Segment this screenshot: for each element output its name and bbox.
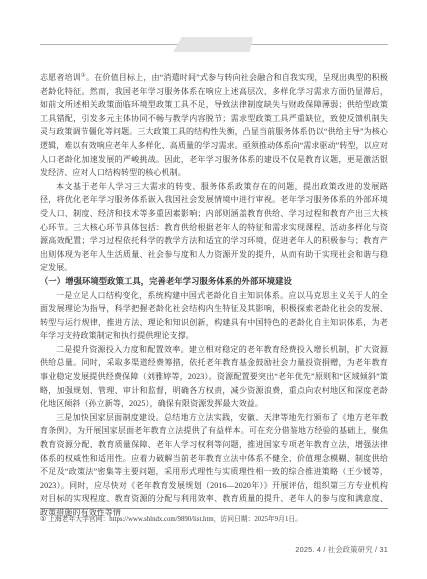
paragraph-text: 志愿者培训 (40, 73, 81, 82)
footnote-marker: ① (40, 516, 46, 523)
paragraph-point-2: 二是提升资源投入力度和配置效率。建立相对稳定的老年教育经费投入增长机制，扩大资源… (40, 343, 388, 411)
page-header (40, 36, 388, 52)
header-ribbon-decoration (173, 37, 253, 52)
paragraph-point-1: 一是立足人口结构变化，系统构建中国式老龄化自主知识体系。应以马克思主义关于人的全… (40, 289, 388, 343)
paragraph-point-3: 三是加快国家层面制度建设。总结地方立法实践，安徽、天津等地先行颁布了《地方老年教… (40, 411, 388, 520)
journal-page: 志愿者培训①。在价值目标上，由“消遣时间”式参与转向社会融合和自我实现，呈现出典… (0, 0, 427, 579)
section-heading: （一）增强环境型政策工具，完善老年学习服务体系的外部环境建设 (40, 275, 388, 289)
footnote-text: 上海老年大学官网：https://www.shlndx.com/9890/lis… (48, 516, 302, 523)
footnote-divider (40, 508, 388, 509)
paragraph-text: 。在价值目标上，由“消遣时间”式参与转向社会融合和自我实现，呈现出典型的积极老龄… (40, 73, 388, 177)
paragraph-overview: 本文基于老年人学习三大需求的转变、服务体系政策存在的问题，提出政策改进的发展路径… (40, 180, 388, 275)
page-footer: 2025. 4 / 社会政策研究 / 31 (295, 545, 388, 555)
page-info: 2025. 4 / 社会政策研究 / 31 (295, 545, 388, 554)
paragraph-continuation: 志愿者培训①。在价值目标上，由“消遣时间”式参与转向社会融合和自我实现，呈现出典… (40, 71, 388, 180)
article-body: 志愿者培训①。在价值目标上，由“消遣时间”式参与转向社会融合和自我实现，呈现出典… (40, 71, 388, 520)
footnote: ①上海老年大学官网：https://www.shlndx.com/9890/li… (40, 515, 388, 525)
